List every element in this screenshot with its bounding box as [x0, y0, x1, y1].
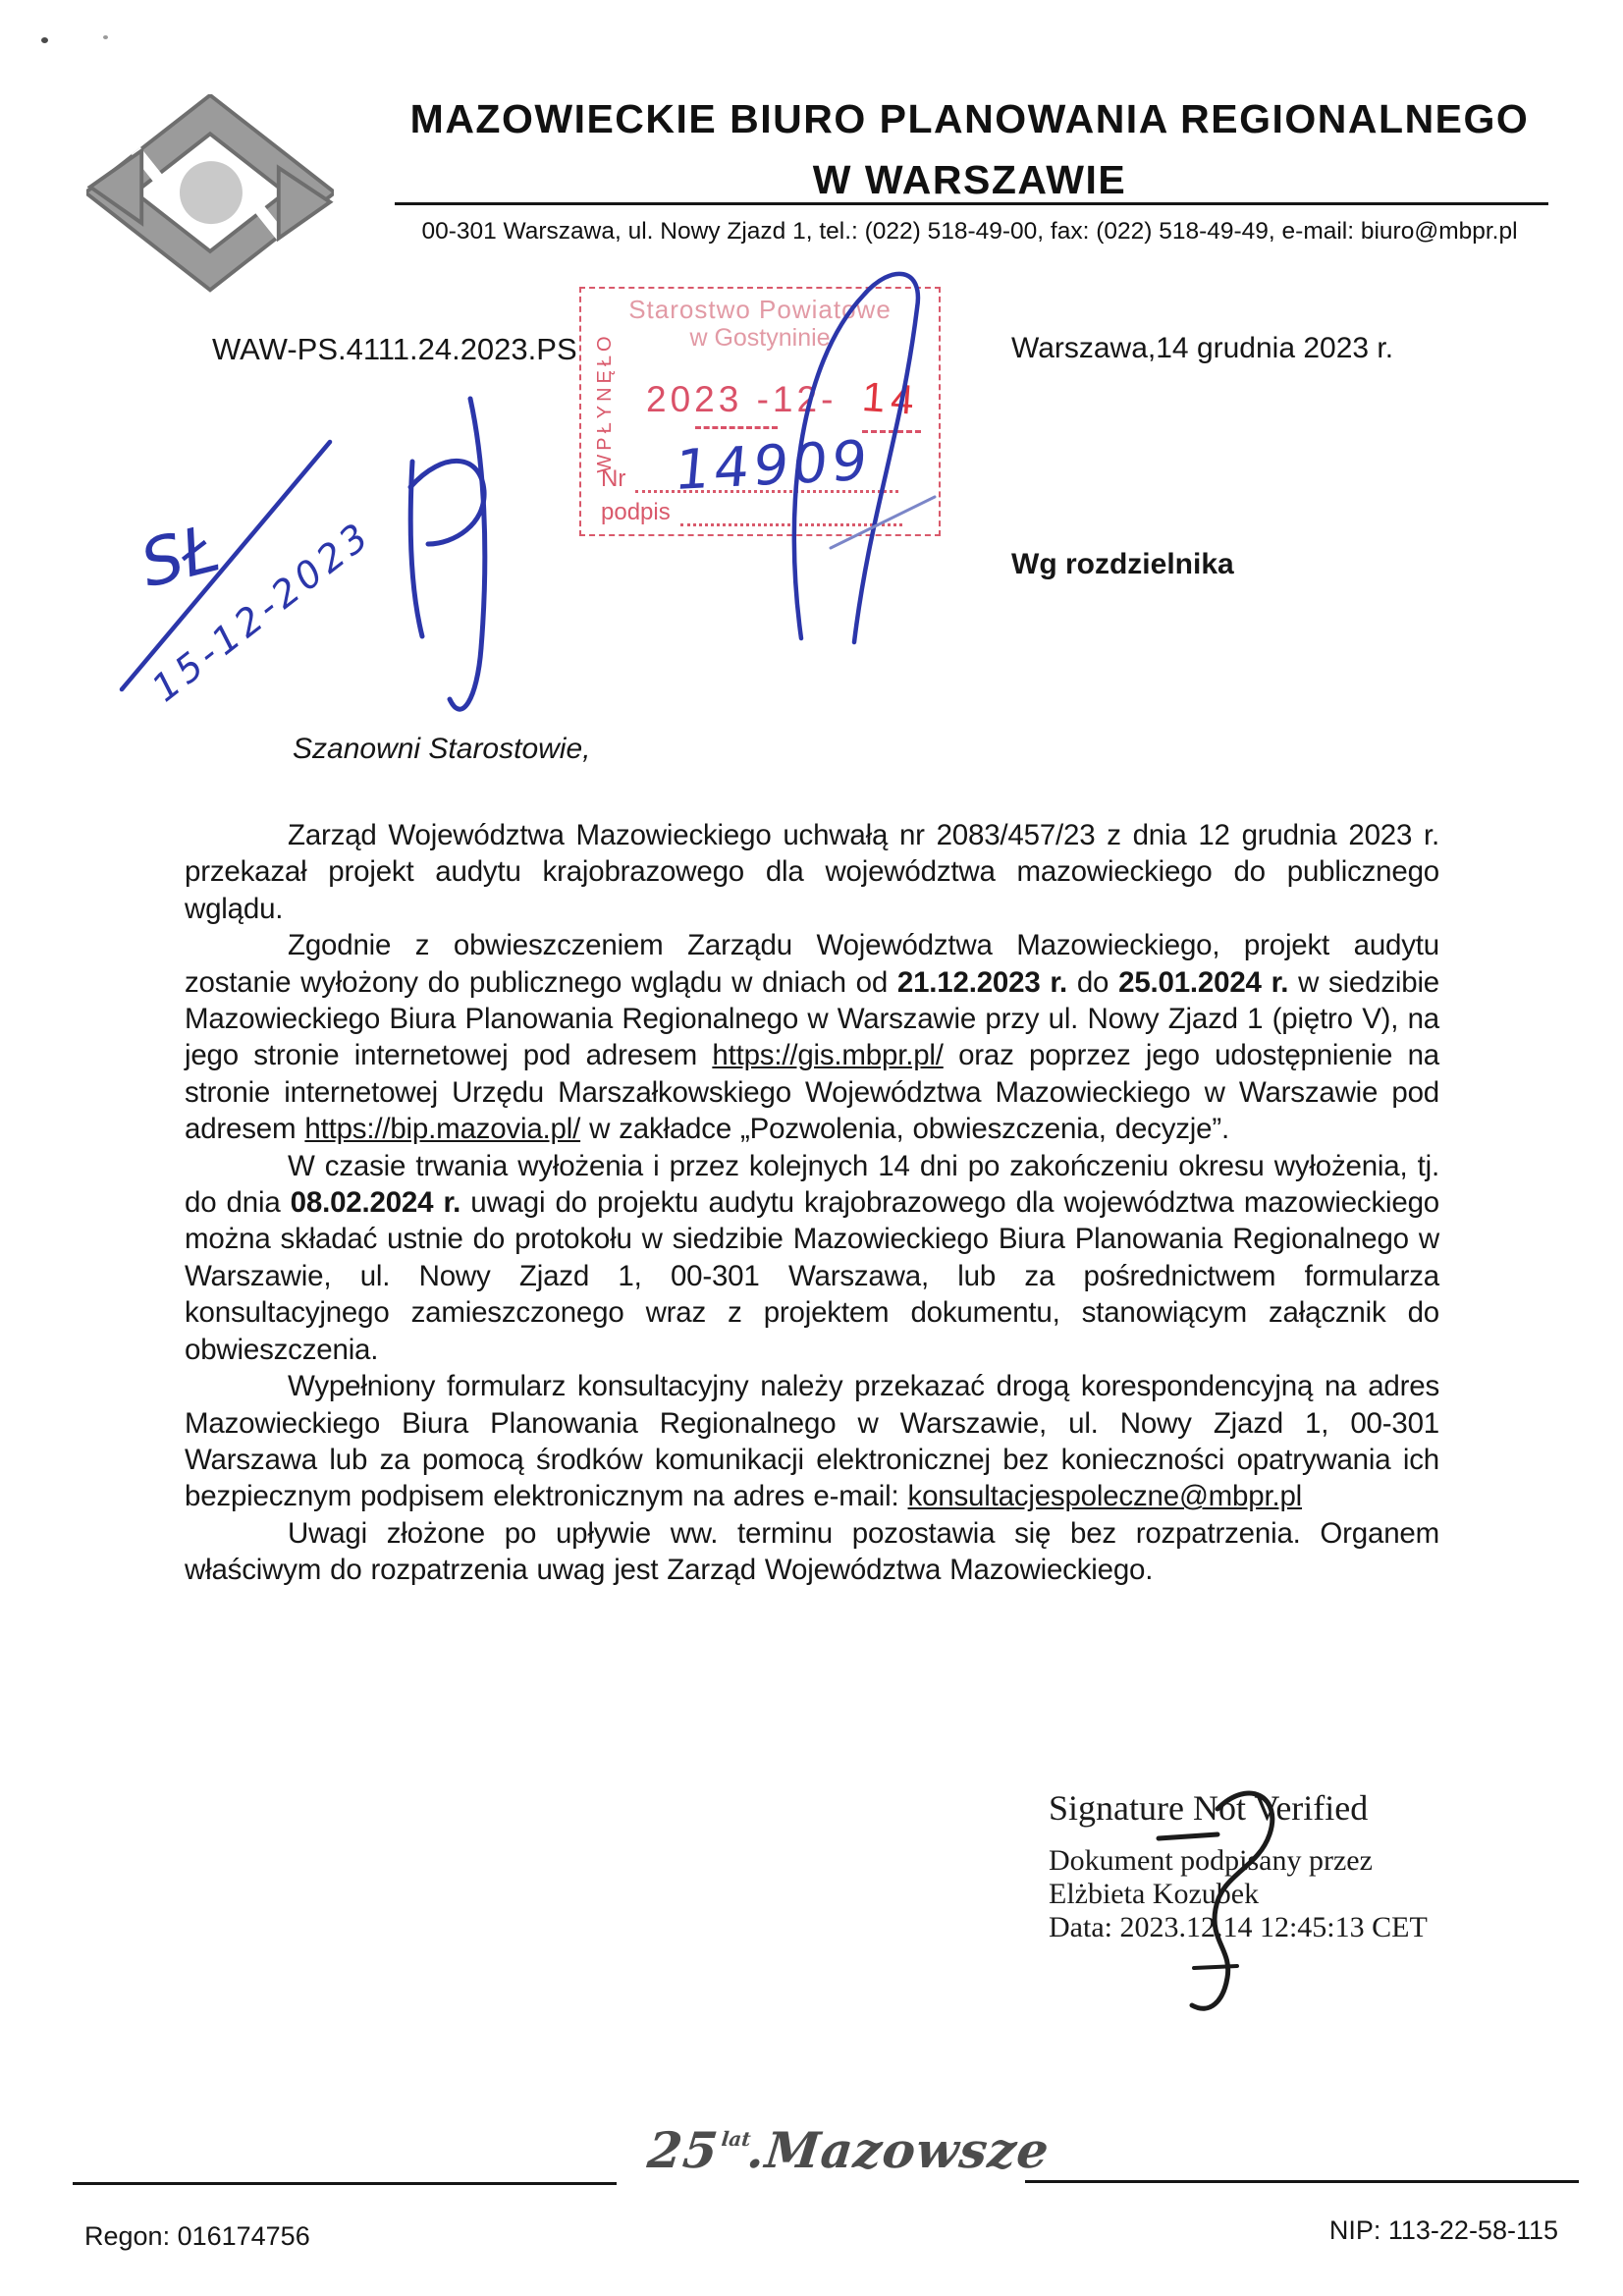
reference-number: WAW-PS.4111.24.2023.PS [212, 332, 577, 367]
nip-number: NIP: 113-22-58-115 [1329, 2215, 1558, 2246]
handwritten-initials: SŁ [134, 511, 227, 603]
scan-speck [103, 35, 108, 39]
org-title-line1: MAZOWIECKIE BIURO PLANOWANIA REGIONALNEG… [373, 96, 1566, 142]
paraph-stroke [410, 461, 484, 544]
paraph-stroke [410, 462, 422, 636]
paraph-stroke [450, 399, 485, 709]
org-address: 00-301 Warszawa, ul. Nowy Zjazd 1, tel.:… [373, 218, 1566, 246]
regon-number: Regon: 016174756 [84, 2221, 310, 2252]
distribution-note: Wg rozdzielnika [1011, 548, 1234, 581]
body-text: 08.02.2024 r. [291, 1186, 460, 1219]
stamp-nr-label: Nr [601, 465, 625, 493]
salutation: Szanowni Starostowie, [293, 733, 1439, 766]
letter-body: Szanowni Starostowie, Zarząd Województwa… [185, 733, 1439, 1589]
stamp-date: 2023 -12- [646, 379, 837, 420]
stamp-day-handwritten: 14 [860, 373, 921, 424]
body-text: Uwagi złożone po upływie ww. terminu poz… [185, 1517, 1439, 1586]
signature-status: Signature Not Verified [1049, 1787, 1481, 1829]
stamp-podpis-label: podpis [601, 499, 671, 526]
stamp-dash [695, 426, 778, 429]
body-paragraphs: Zarząd Województwa Mazowieckiego uchwałą… [185, 817, 1439, 1589]
gis-mbpr-link[interactable]: https://gis.mbpr.pl/ [712, 1039, 943, 1071]
handwritten-date-note: 15-12-2023 [143, 513, 380, 710]
squiggle-underline [1194, 1966, 1237, 1968]
place-and-date: Warszawa,14 grudnia 2023 r. [1011, 332, 1393, 365]
mazowsze-25-logo: 25lat.Mazowsze [645, 2121, 1004, 2179]
body-paragraph: Zarząd Województwa Mazowieckiego uchwałą… [185, 817, 1439, 927]
received-stamp: Starostwo Powiatowe w Gostyninie WPŁYNĘŁ… [579, 287, 941, 536]
signature-signed-by-label: Dokument podpisany przez [1049, 1844, 1481, 1878]
logo-years: 25 [645, 2121, 722, 2179]
stamp-dotted-leader [680, 523, 902, 526]
body-text: Zarząd Województwa Mazowieckiego uchwałą… [185, 819, 1439, 925]
body-text: do [1067, 966, 1118, 999]
mbpr-logo-icon [86, 94, 334, 297]
body-paragraph: Uwagi złożone po upływie ww. terminu poz… [185, 1515, 1439, 1589]
body-paragraph: Zgodnie z obwieszczeniem Zarządu Wojewód… [185, 927, 1439, 1147]
stamp-signature-row: podpis [601, 499, 902, 526]
signature-signer-name: Elżbieta Kozubek [1049, 1878, 1481, 1911]
footer-rule-left [73, 2182, 617, 2185]
body-text: w zakładce „Pozwolenia, obwieszczenia, d… [580, 1113, 1229, 1145]
scan-speck [41, 37, 48, 43]
digital-signature-block: Signature Not Verified Dokument podpisan… [1049, 1787, 1481, 1944]
signature-date: Data: 2023.12.14 12:45:13 CET [1049, 1911, 1481, 1944]
footer-rule-right [1025, 2180, 1579, 2183]
consultation-email-link[interactable]: konsultacjespoleczne@mbpr.pl [908, 1480, 1303, 1512]
body-text: 21.12.2023 r. [897, 966, 1067, 999]
logo-lat-label: lat [721, 2127, 752, 2151]
body-paragraph: Wypełniony formularz konsultacyjny należ… [185, 1368, 1439, 1515]
stamp-entry-number: 14909 [673, 429, 874, 503]
body-text: 25.01.2024 r. [1118, 966, 1288, 999]
stamp-office-line1: Starostwo Powiatowe [581, 295, 939, 325]
logo-name: Mazowsze [763, 2121, 1053, 2179]
scanned-letter-page: MAZOWIECKIE BIURO PLANOWANIA REGIONALNEG… [0, 0, 1623, 2296]
header-rule [395, 202, 1548, 205]
body-paragraph: W czasie trwania wyłożenia i przez kolej… [185, 1148, 1439, 1368]
org-title-line2: W WARSZAWIE [373, 157, 1566, 203]
handwritten-slash [122, 442, 330, 689]
stamp-office-line2: w Gostyninie [581, 324, 939, 353]
bip-mazovia-link[interactable]: https://bip.mazovia.pl/ [304, 1113, 580, 1145]
